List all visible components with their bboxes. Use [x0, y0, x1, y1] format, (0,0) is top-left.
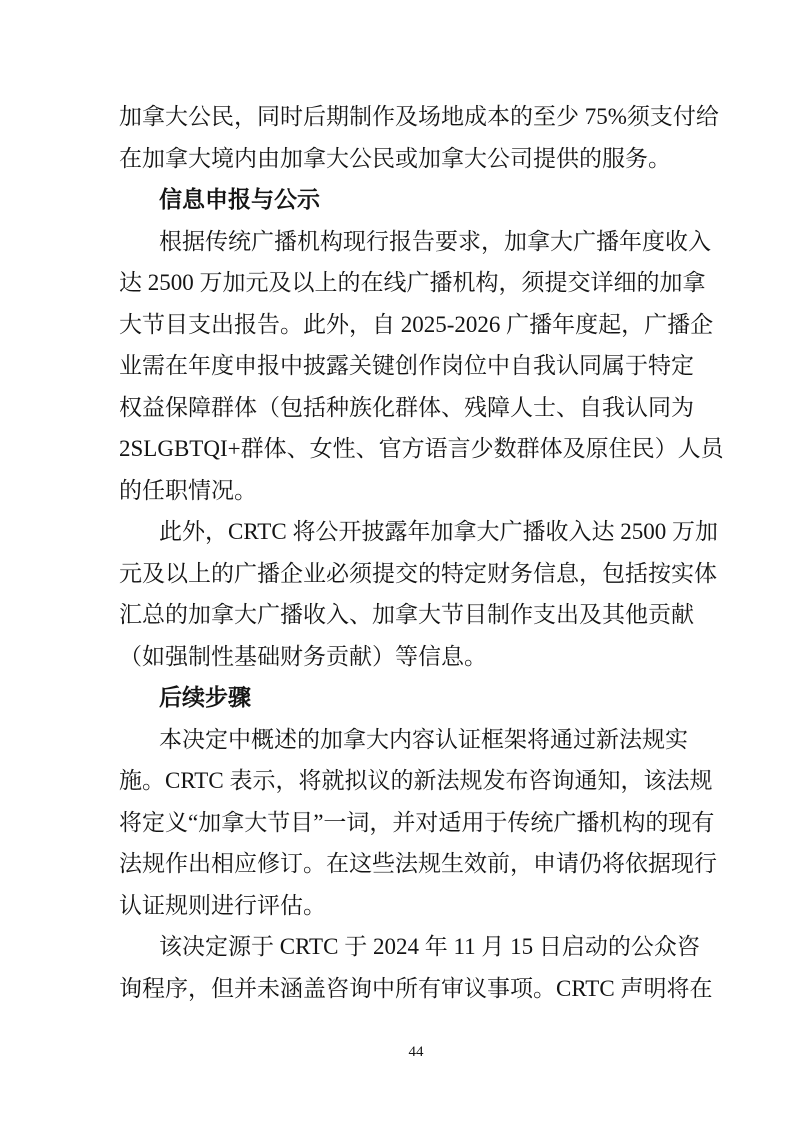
text-line: 大节目支出报告。此外，自 2025-2026 广播年度起，广播企: [119, 304, 675, 346]
text-line: 本决定中概述的加拿大内容认证框架将通过新法规实: [119, 719, 675, 761]
text-line: 业需在年度申报中披露关键创作岗位中自我认同属于特定: [119, 345, 675, 387]
text-line: 此外，CRTC 将公开披露年加拿大广播收入达 2500 万加: [119, 511, 675, 553]
page-number: 44: [120, 1044, 712, 1061]
text-line: 2SLGBTQI+群体、女性、官方语言少数群体及原住民）人员: [119, 428, 675, 470]
page-body-text: 加拿大公民，同时后期制作及场地成本的至少 75%须支付给在加拿大境内由加拿大公民…: [119, 96, 675, 1009]
text-line: 将定义“加拿大节目”一词，并对适用于传统广播机构的现有: [119, 802, 675, 844]
text-line: 该决定源于 CRTC 于 2024 年 11 月 15 日启动的公众咨: [119, 926, 675, 968]
text-line: 在加拿大境内由加拿大公民或加拿大公司提供的服务。: [119, 138, 675, 180]
document-page: 加拿大公民，同时后期制作及场地成本的至少 75%须支付给在加拿大境内由加拿大公民…: [0, 0, 793, 1122]
text-line: 认证规则进行评估。: [119, 885, 675, 927]
text-line: 法规作出相应修订。在这些法规生效前，申请仍将依据现行: [119, 843, 675, 885]
section-heading: 信息申报与公示: [119, 179, 675, 221]
text-line: 达 2500 万加元及以上的在线广播机构，须提交详细的加拿: [119, 262, 675, 304]
text-line: 询程序，但并未涵盖咨询中所有审议事项。CRTC 声明将在: [119, 968, 675, 1010]
text-line: （如强制性基础财务贡献）等信息。: [119, 636, 675, 678]
text-line: 汇总的加拿大广播收入、加拿大节目制作支出及其他贡献: [119, 594, 675, 636]
text-line: 权益保障群体（包括种族化群体、残障人士、自我认同为: [119, 387, 675, 429]
text-line: 施。CRTC 表示，将就拟议的新法规发布咨询通知，该法规: [119, 760, 675, 802]
text-line: 加拿大公民，同时后期制作及场地成本的至少 75%须支付给: [119, 96, 675, 138]
text-line: 的任职情况。: [119, 470, 675, 512]
text-line: 根据传统广播机构现行报告要求，加拿大广播年度收入: [119, 221, 675, 263]
text-line: 元及以上的广播企业必须提交的特定财务信息，包括按实体: [119, 553, 675, 595]
section-heading: 后续步骤: [119, 677, 675, 719]
